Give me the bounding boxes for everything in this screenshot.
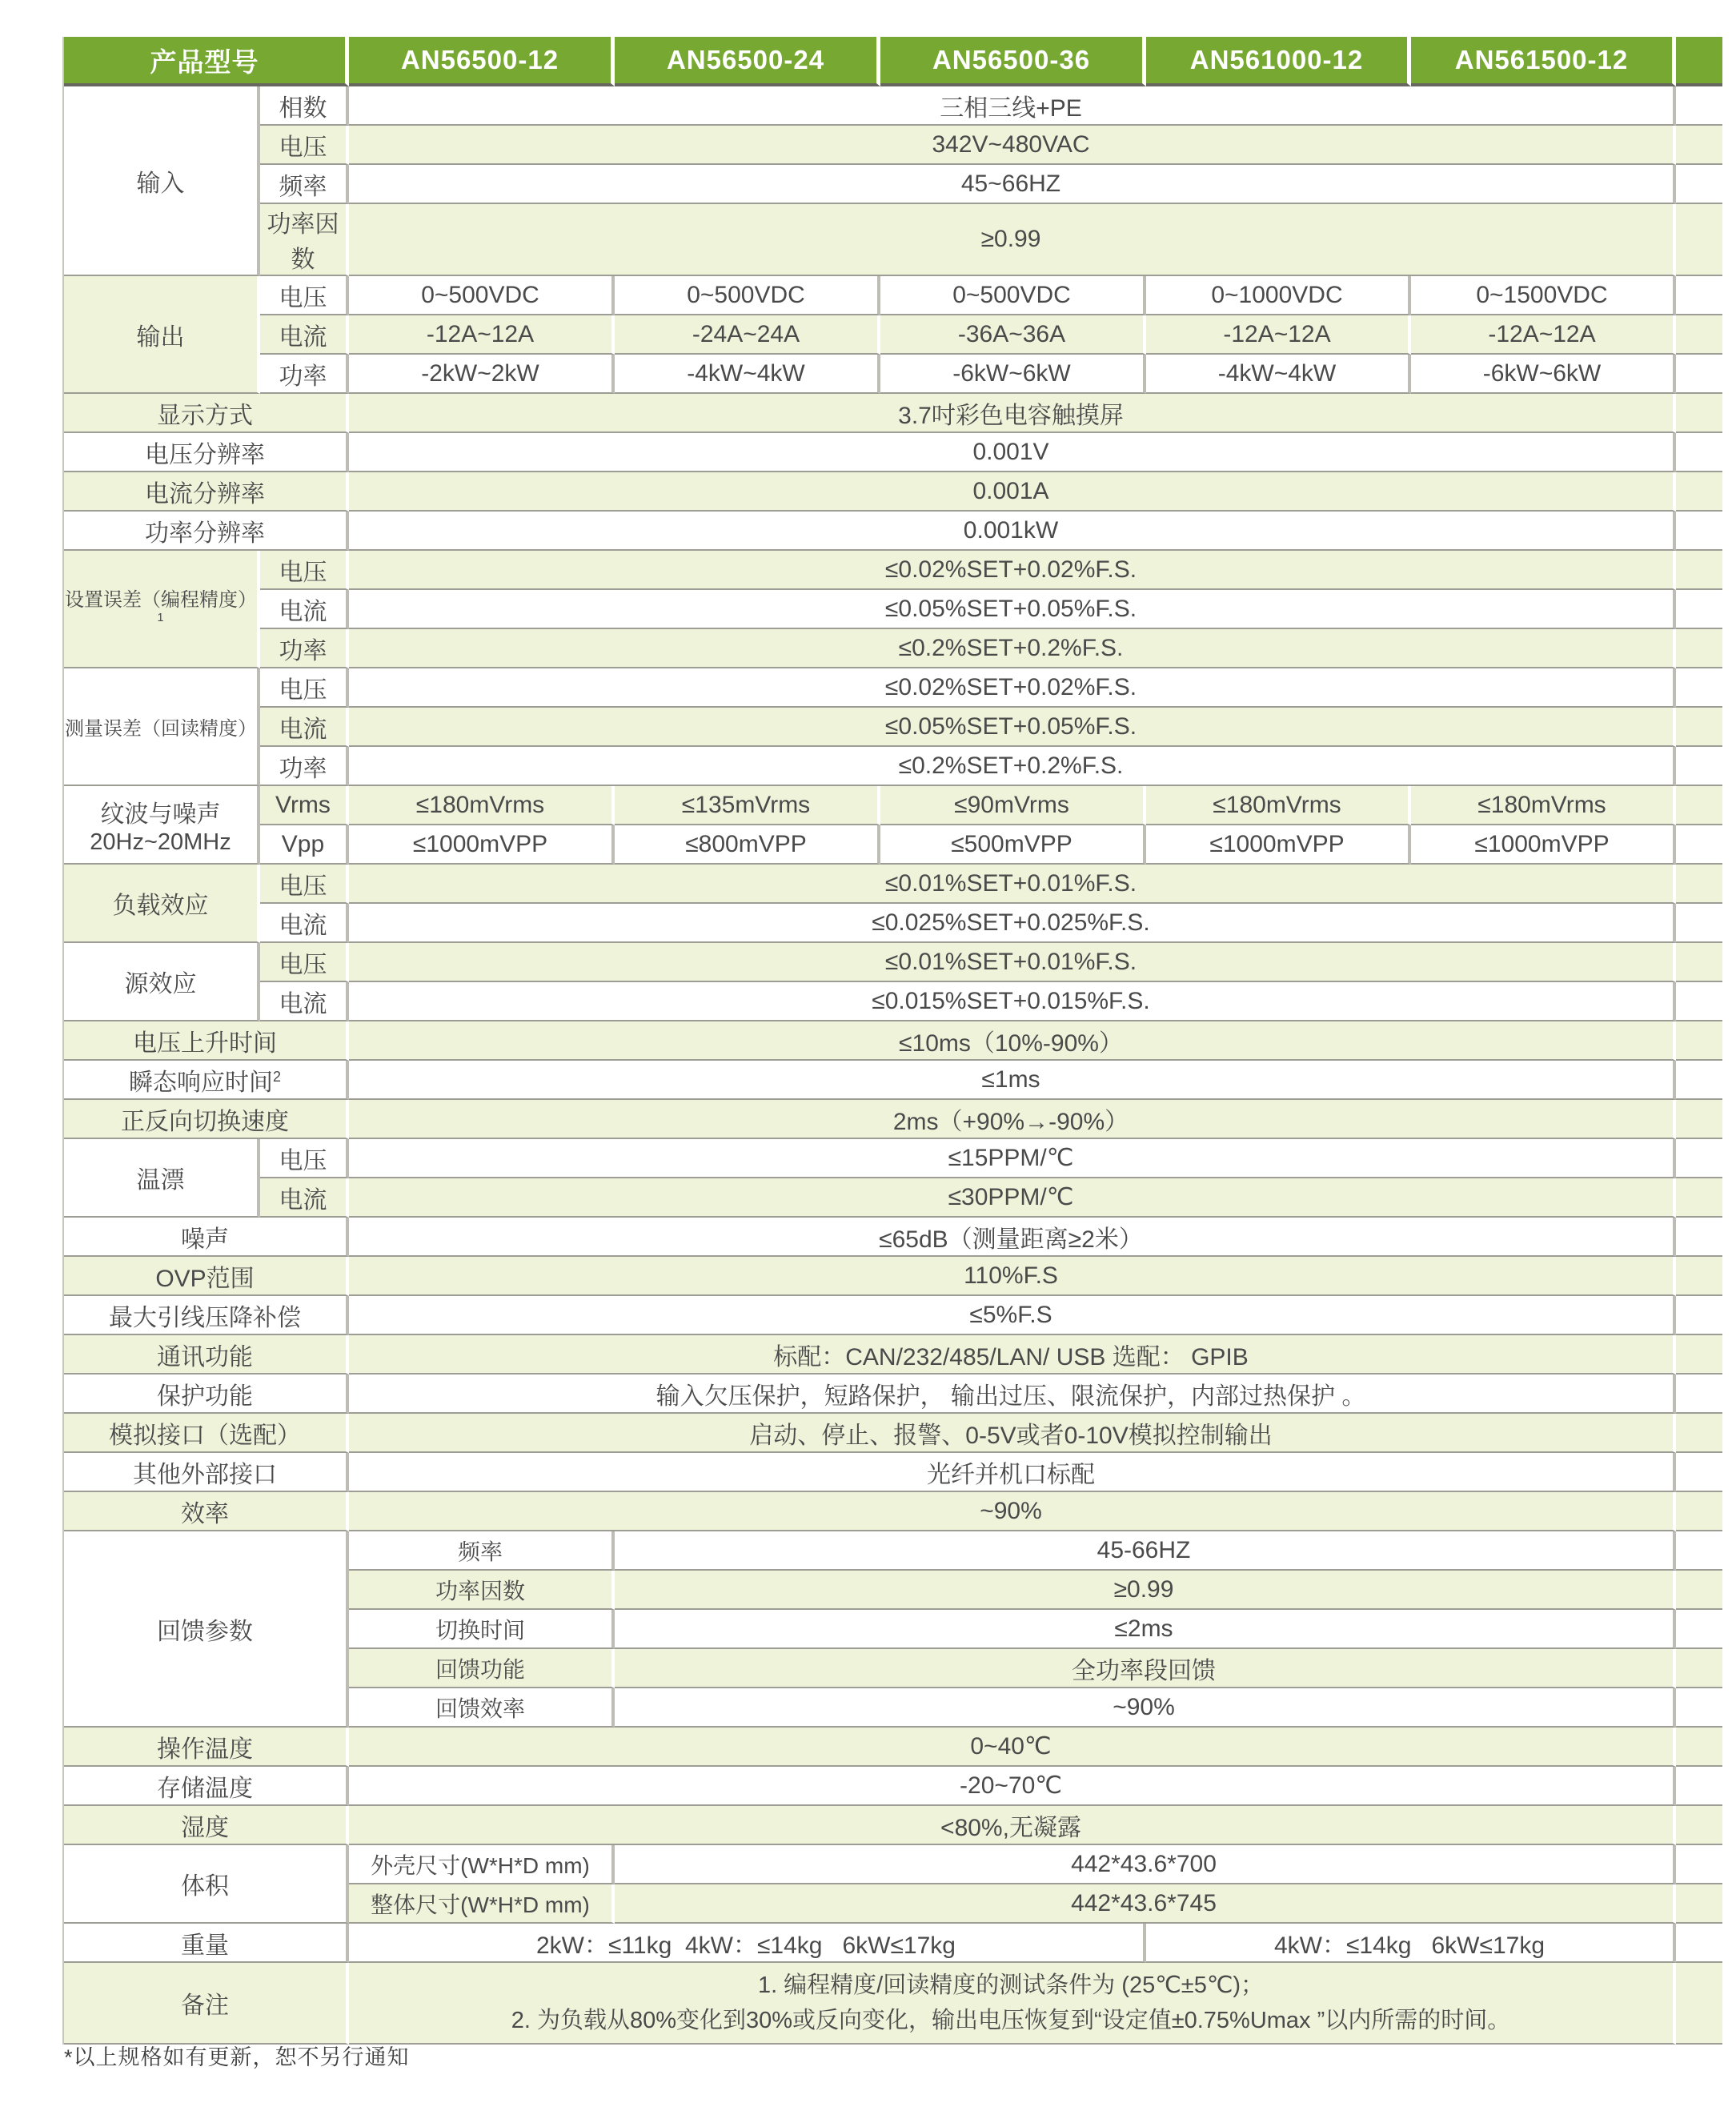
edge-strip [1676,1257,1722,1296]
row-label: 噪声 [64,1218,349,1257]
row-label: 体积 [64,1845,349,1924]
edge-strip [1676,1061,1722,1100]
header-row: 产品型号AN56500-12AN56500-24AN56500-36AN5610… [64,37,1722,86]
sub-label: 电压 [260,126,349,165]
table-row: 设置误差（编程精度）1电压≤0.02%SET+0.02%F.S. [64,551,1722,590]
value-cell: 全功率段回馈 [615,1649,1676,1688]
edge-strip [1676,668,1722,708]
row-label: 正反向切换速度 [64,1100,349,1139]
value-cell: 标配：CAN/232/485/LAN/ USB 选配： GPIB [349,1335,1676,1375]
edge-strip [1676,786,1722,825]
edge-strip [1676,355,1722,394]
edge-strip [1676,1492,1722,1531]
value-cell: ≤0.01%SET+0.01%F.S. [349,865,1676,904]
row-label: 湿度 [64,1806,349,1845]
edge-strip [1676,86,1722,126]
edge-strip [1676,276,1722,315]
edge-strip [1676,433,1722,472]
table-row: 功率因数≥0.99 [64,204,1722,276]
table-row: 湿度<80%,无凝露 [64,1806,1722,1845]
value-cell: 0.001A [349,472,1676,512]
value-cell: -12A~12A [349,315,615,355]
edge-strip [1676,1845,1722,1884]
value-cell: 442*43.6*700 [615,1845,1676,1884]
edge-strip [1676,1335,1722,1375]
value-cell: ≤30PPM/℃ [349,1178,1676,1218]
value-cell: 0~500VDC [880,276,1146,315]
row-label: 温漂 [64,1139,260,1218]
row-label: 其他外部接口 [64,1453,349,1492]
edge-strip [1676,1296,1722,1335]
sub-label: 电流 [260,982,349,1021]
sub-label: 回馈效率 [349,1688,615,1728]
edge-strip [1676,1021,1722,1061]
row-label: 电压上升时间 [64,1021,349,1061]
row-label: 保护功能 [64,1375,349,1414]
table-row: 效率~90% [64,1492,1722,1531]
row-label: 存储温度 [64,1767,349,1806]
value-cell: 3.7吋彩色电容触摸屏 [349,394,1676,433]
sub-label: 频率 [260,165,349,204]
table-row: 最大引线压降补偿≤5%F.S [64,1296,1722,1335]
value-cell: 0~1500VDC [1411,276,1676,315]
table-row: OVP范围110%F.S [64,1257,1722,1296]
value-cell: -4kW~4kW [1146,355,1411,394]
value-cell: -2kW~2kW [349,355,615,394]
edge-strip [1676,126,1722,165]
row-label: 瞬态响应时间2 [64,1061,349,1100]
table-row: 负载效应电压≤0.01%SET+0.01%F.S. [64,865,1722,904]
sub-label: 功率因数 [260,204,349,276]
table-row: 功率≤0.2%SET+0.2%F.S. [64,629,1722,668]
value-cell: -12A~12A [1146,315,1411,355]
table-row: 功率≤0.2%SET+0.2%F.S. [64,747,1722,786]
value-cell: 0~40℃ [349,1728,1676,1767]
edge-strip [1676,1728,1722,1767]
value-cell: -20~70℃ [349,1767,1676,1806]
edge-strip [1676,590,1722,629]
value-cell: -6kW~6kW [1411,355,1676,394]
edge-strip [1676,1963,1722,2045]
value-cell: 0.001kW [349,512,1676,551]
row-label: 回馈参数 [64,1531,349,1728]
table-row: 正反向切换速度2ms（+90%→-90%） [64,1100,1722,1139]
edge-strip [1676,37,1722,86]
value-cell: ≤1000mVPP [1411,825,1676,865]
edge-strip [1676,904,1722,943]
sub-label: 外壳尺寸(W*H*D mm) [349,1845,615,1884]
sub-label: 电压 [260,668,349,708]
edge-strip [1676,1100,1722,1139]
row-label: OVP范围 [64,1257,349,1296]
value-cell: ≤180mVrms [349,786,615,825]
row-label: 操作温度 [64,1728,349,1767]
row-label: 测量误差（回读精度） [64,668,260,786]
table-row: 功率-2kW~2kW-4kW~4kW-6kW~6kW-4kW~4kW-6kW~6… [64,355,1722,394]
row-label: 输出 [64,276,260,394]
footnote: *以上规格如有更新，恕不另行通知 [64,2040,410,2071]
edge-strip [1676,629,1722,668]
column-header: AN561000-12 [1146,37,1411,86]
table-row: 电流≤0.05%SET+0.05%F.S. [64,590,1722,629]
sub-label: 电流 [260,590,349,629]
value-cell: 0~500VDC [615,276,880,315]
sub-label: 功率 [260,355,349,394]
table-row: 重量2kW：≤11kg 4kW：≤14kg 6kW≤17kg4kW：≤14kg … [64,1924,1722,1963]
table-row: 模拟接口（选配）启动、停止、报警、0-5V或者0-10V模拟控制输出 [64,1414,1722,1453]
value-cell: ≥0.99 [349,204,1676,276]
column-header: AN56500-12 [349,37,615,86]
value-cell: ≤2ms [615,1610,1676,1649]
edge-strip [1676,708,1722,747]
edge-strip [1676,982,1722,1021]
sub-label: 整体尺寸(W*H*D mm) [349,1884,615,1924]
edge-strip [1676,1884,1722,1924]
edge-strip [1676,1688,1722,1728]
value-cell: ≤5%F.S [349,1296,1676,1335]
edge-strip [1676,1414,1722,1453]
table-row: 噪声≤65dB（测量距离≥2米） [64,1218,1722,1257]
value-cell: ≤0.05%SET+0.05%F.S. [349,708,1676,747]
sub-label: 相数 [260,86,349,126]
edge-strip [1676,1610,1722,1649]
value-cell: ≥0.99 [615,1571,1676,1610]
value-cell: ≤1000mVPP [1146,825,1411,865]
sub-label: 回馈功能 [349,1649,615,1688]
sub-label: 频率 [349,1531,615,1571]
value-cell: ≤0.2%SET+0.2%F.S. [349,629,1676,668]
edge-strip [1676,1375,1722,1414]
value-cell: -4kW~4kW [615,355,880,394]
edge-strip [1676,394,1722,433]
edge-strip [1676,1806,1722,1845]
table-body: 输入相数三相三线+PE电压342V~480VAC频率45~66HZ功率因数≥0.… [64,86,1722,2045]
value-cell: -12A~12A [1411,315,1676,355]
table-row: 频率45~66HZ [64,165,1722,204]
row-label: 设置误差（编程精度）1 [64,551,260,668]
value-cell: ≤0.02%SET+0.02%F.S. [349,551,1676,590]
value-cell: 110%F.S [349,1257,1676,1296]
edge-strip [1676,1571,1722,1610]
edge-strip [1676,1139,1722,1178]
row-label: 输入 [64,86,260,276]
value-cell: ≤800mVPP [615,825,880,865]
table-row: 纹波与噪声20Hz~20MHzVrms≤180mVrms≤135mVrms≤90… [64,786,1722,825]
value-cell: ≤10ms（10%-90%） [349,1021,1676,1061]
value-cell: ≤500mVPP [880,825,1146,865]
value-cell: 0~500VDC [349,276,615,315]
column-header: AN56500-24 [615,37,880,86]
value-cell: -6kW~6kW [880,355,1146,394]
table-row: 电流≤0.05%SET+0.05%F.S. [64,708,1722,747]
value-cell: 启动、停止、报警、0-5V或者0-10V模拟控制输出 [349,1414,1676,1453]
value-cell: <80%,无凝露 [349,1806,1676,1845]
value-cell: 0.001V [349,433,1676,472]
spec-table: 产品型号AN56500-12AN56500-24AN56500-36AN5610… [62,37,1722,2045]
value-cell: -36A~36A [880,315,1146,355]
row-label: 纹波与噪声20Hz~20MHz [64,786,260,865]
row-label: 显示方式 [64,394,349,433]
value-cell: 三相三线+PE [349,86,1676,126]
table-row: 体积外壳尺寸(W*H*D mm)442*43.6*700 [64,1845,1722,1884]
row-label: 电压分辨率 [64,433,349,472]
column-header: AN56500-36 [880,37,1146,86]
sub-label: Vpp [260,825,349,865]
table-row: 电流分辨率0.001A [64,472,1722,512]
value-cell: 4kW：≤14kg 6kW≤17kg [1146,1924,1676,1963]
row-label: 源效应 [64,943,260,1021]
value-cell: 1. 编程精度/回读精度的测试条件为 (25℃±5℃)；2. 为负载从80%变化… [349,1963,1676,2045]
value-cell: 45-66HZ [615,1531,1676,1571]
table-row: 测量误差（回读精度）电压≤0.02%SET+0.02%F.S. [64,668,1722,708]
table-row: 保护功能输入欠压保护，短路保护， 输出过压、限流保护，内部过热保护 。 [64,1375,1722,1414]
table-row: 其他外部接口光纤并机口标配 [64,1453,1722,1492]
edge-strip [1676,1178,1722,1218]
table-row: 输入相数三相三线+PE [64,86,1722,126]
sub-label: 电流 [260,904,349,943]
column-header: 产品型号 [64,37,349,86]
table-row: 存储温度-20~70℃ [64,1767,1722,1806]
value-cell: ≤0.2%SET+0.2%F.S. [349,747,1676,786]
sub-label: 电压 [260,276,349,315]
value-cell: ≤135mVrms [615,786,880,825]
table-row: 电压分辨率0.001V [64,433,1722,472]
row-label: 备注 [64,1963,349,2045]
value-cell: -24A~24A [615,315,880,355]
value-cell: 2ms（+90%→-90%） [349,1100,1676,1139]
table-row: 电压342V~480VAC [64,126,1722,165]
row-label: 模拟接口（选配） [64,1414,349,1453]
row-label: 重量 [64,1924,349,1963]
value-cell: 342V~480VAC [349,126,1676,165]
sub-label: 电压 [260,865,349,904]
sub-label: 电流 [260,1178,349,1218]
table-row: 输出电压0~500VDC0~500VDC0~500VDC0~1000VDC0~1… [64,276,1722,315]
table-row: Vpp≤1000mVPP≤800mVPP≤500mVPP≤1000mVPP≤10… [64,825,1722,865]
value-cell: 光纤并机口标配 [349,1453,1676,1492]
value-cell: ≤180mVrms [1146,786,1411,825]
row-label: 通讯功能 [64,1335,349,1375]
sub-label: 功率 [260,629,349,668]
sub-label: 切换时间 [349,1610,615,1649]
edge-strip [1676,747,1722,786]
edge-strip [1676,1649,1722,1688]
value-cell: ≤180mVrms [1411,786,1676,825]
table-row: 电压上升时间≤10ms（10%-90%） [64,1021,1722,1061]
value-cell: 442*43.6*745 [615,1884,1676,1924]
edge-strip [1676,943,1722,982]
column-header: AN561500-12 [1411,37,1676,86]
sub-label: 电压 [260,943,349,982]
value-cell: 45~66HZ [349,165,1676,204]
row-label: 负载效应 [64,865,260,943]
table-row: 电流≤0.025%SET+0.025%F.S. [64,904,1722,943]
value-cell: ≤65dB（测量距离≥2米） [349,1218,1676,1257]
edge-strip [1676,551,1722,590]
edge-strip [1676,865,1722,904]
sub-label: 电压 [260,1139,349,1178]
value-cell: ≤0.05%SET+0.05%F.S. [349,590,1676,629]
edge-strip [1676,1924,1722,1963]
edge-strip [1676,1531,1722,1571]
value-cell: 2kW：≤11kg 4kW：≤14kg 6kW≤17kg [349,1924,1146,1963]
value-cell: 0~1000VDC [1146,276,1411,315]
edge-strip [1676,204,1722,276]
edge-strip [1676,1767,1722,1806]
value-cell: ≤1000mVPP [349,825,615,865]
edge-strip [1676,165,1722,204]
value-cell: ≤90mVrms [880,786,1146,825]
value-cell: ~90% [615,1688,1676,1728]
value-cell: ≤0.025%SET+0.025%F.S. [349,904,1676,943]
edge-strip [1676,472,1722,512]
table-row: 电流≤30PPM/℃ [64,1178,1722,1218]
value-cell: ≤15PPM/℃ [349,1139,1676,1178]
value-cell: ≤0.01%SET+0.01%F.S. [349,943,1676,982]
value-cell: ~90% [349,1492,1676,1531]
table-row: 显示方式3.7吋彩色电容触摸屏 [64,394,1722,433]
sub-label: Vrms [260,786,349,825]
table-row: 电流≤0.015%SET+0.015%F.S. [64,982,1722,1021]
value-cell: ≤0.015%SET+0.015%F.S. [349,982,1676,1021]
sub-label: 电流 [260,708,349,747]
table-row: 电流-12A~12A-24A~24A-36A~36A-12A~12A-12A~1… [64,315,1722,355]
value-cell: ≤1ms [349,1061,1676,1100]
edge-strip [1676,512,1722,551]
edge-strip [1676,825,1722,865]
table-row: 操作温度0~40℃ [64,1728,1722,1767]
table-row: 功率分辨率0.001kW [64,512,1722,551]
sub-label: 电流 [260,315,349,355]
table-row: 通讯功能标配：CAN/232/485/LAN/ USB 选配： GPIB [64,1335,1722,1375]
sub-label: 功率因数 [349,1571,615,1610]
value-cell: 输入欠压保护，短路保护， 输出过压、限流保护，内部过热保护 。 [349,1375,1676,1414]
table-row: 温漂电压≤15PPM/℃ [64,1139,1722,1178]
edge-strip [1676,315,1722,355]
row-label: 功率分辨率 [64,512,349,551]
table-row: 源效应电压≤0.01%SET+0.01%F.S. [64,943,1722,982]
edge-strip [1676,1453,1722,1492]
table-row: 备注1. 编程精度/回读精度的测试条件为 (25℃±5℃)；2. 为负载从80%… [64,1963,1722,2045]
table-row: 回馈参数频率45-66HZ [64,1531,1722,1571]
sub-label: 电压 [260,551,349,590]
value-cell: ≤0.02%SET+0.02%F.S. [349,668,1676,708]
table-header: 产品型号AN56500-12AN56500-24AN56500-36AN5610… [64,37,1722,86]
row-label: 最大引线压降补偿 [64,1296,349,1335]
table-row: 瞬态响应时间2≤1ms [64,1061,1722,1100]
sub-label: 功率 [260,747,349,786]
row-label: 电流分辨率 [64,472,349,512]
edge-strip [1676,1218,1722,1257]
row-label: 效率 [64,1492,349,1531]
